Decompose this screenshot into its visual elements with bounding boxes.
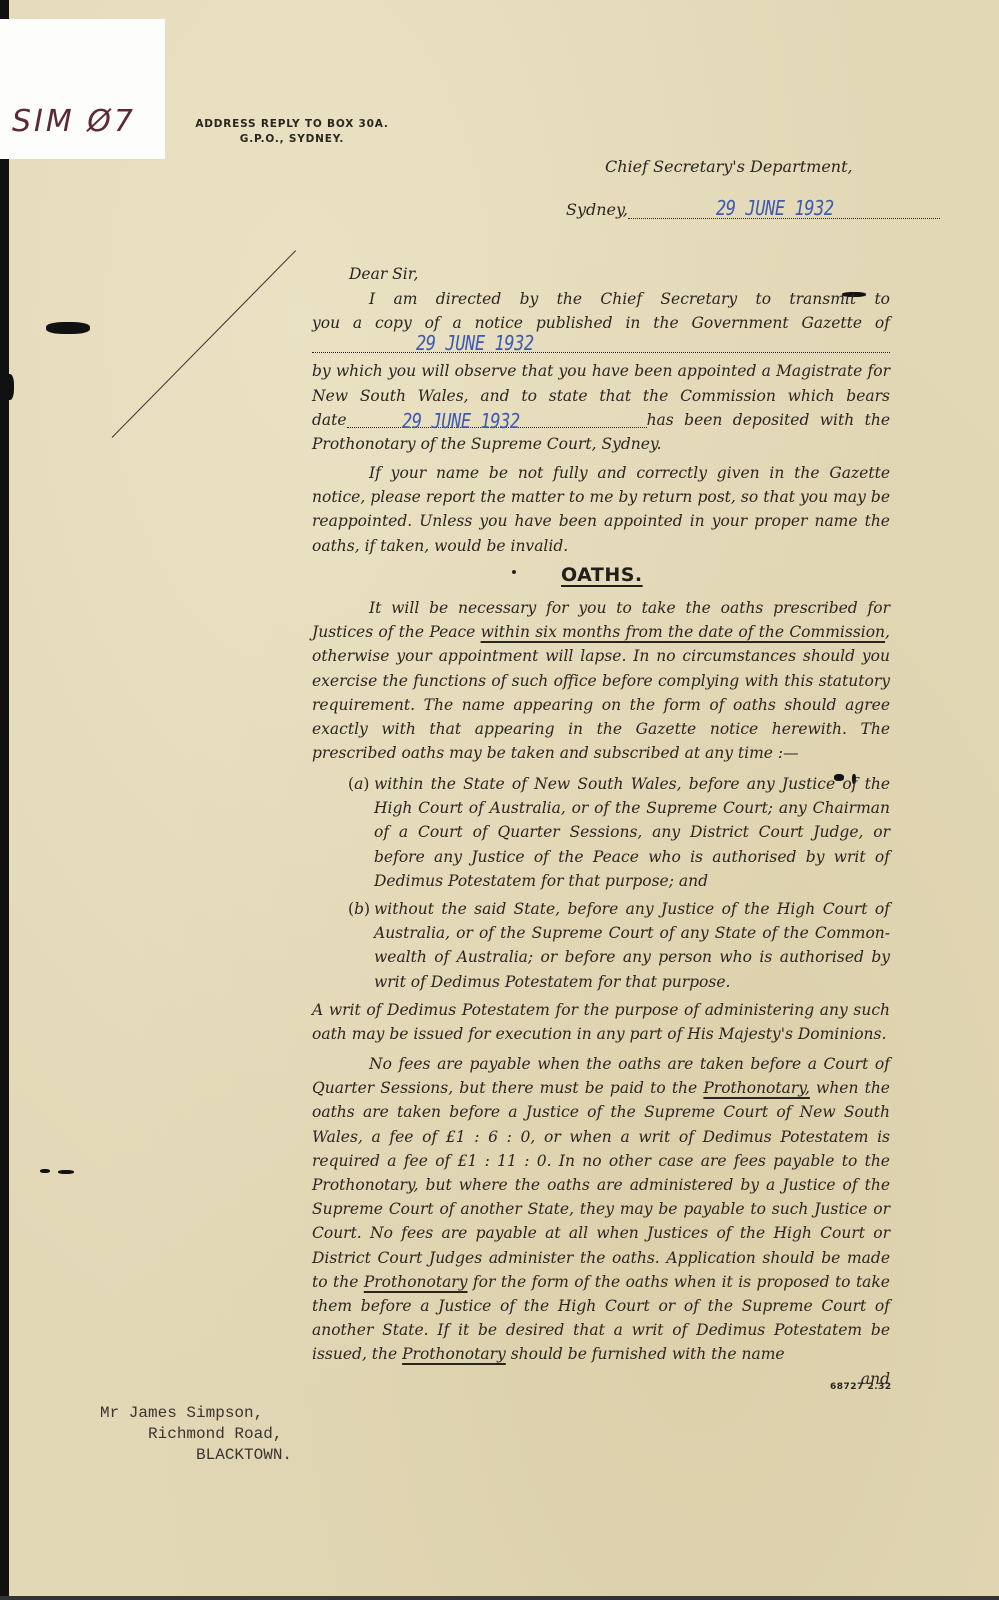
- para5-underlined-1: Prothonotary,: [703, 1079, 810, 1097]
- address-reply: ADDRESS REPLY TO BOX 30A. G.P.O., SYDNEY…: [172, 117, 412, 147]
- para4-text: A writ of Dedimus Potestatem for the pur…: [312, 998, 890, 1046]
- bullet-dot: [512, 570, 516, 574]
- department-name: Chief Secretary's Department,: [605, 157, 853, 176]
- para5-seg-2: when the oaths are taken before a Justic…: [312, 1079, 890, 1291]
- commission-date-stamp: 29 JUNE 1932: [402, 409, 520, 433]
- paragraph-3: It will be necessary for you to take the…: [312, 596, 890, 765]
- date-label: date: [312, 408, 347, 432]
- list-item-a: (a) within the State of New South Wales,…: [312, 772, 890, 893]
- para5-seg-4: should be furnished with the name: [506, 1345, 785, 1363]
- sticker-code: SIM Ø7: [12, 104, 136, 139]
- scan-bottom-edge: [0, 1596, 999, 1600]
- recipient-address: Mr James Simpson, Richmond Road, BLACKTO…: [100, 1403, 292, 1466]
- para1-line-2: you a copy of a notice published in the …: [312, 311, 890, 335]
- paragraph-4: A writ of Dedimus Potestatem for the pur…: [312, 998, 890, 1046]
- gazette-date-field: 29 JUNE 1932: [312, 335, 890, 359]
- ink-mark: [58, 1170, 74, 1174]
- date-stamp: 29 JUNE 1932: [716, 196, 834, 220]
- dateline: Sydney, 29 JUNE 1932: [566, 200, 940, 219]
- para1-line-1: I am directed by the Chief Secretary to …: [312, 287, 890, 311]
- gazette-date-line: [312, 335, 890, 353]
- ink-mark: [40, 1169, 50, 1173]
- list-text-a: within the State of New South Wales, bef…: [374, 775, 890, 890]
- commission-date-line: 29 JUNE 1932: [347, 411, 647, 428]
- date-fill-line: 29 JUNE 1932: [628, 200, 940, 219]
- form-number: 68727 2.32: [830, 1382, 892, 1392]
- para1-line-3: by which you will observe that you have …: [312, 359, 890, 407]
- para5-underlined-2: Prothonotary: [364, 1273, 468, 1291]
- para2-text: If your name be not fully and correctly …: [312, 461, 890, 558]
- oaths-heading: OATHS.: [561, 564, 643, 586]
- catalog-sticker: SIM Ø7: [0, 19, 165, 159]
- paragraph-1: I am directed by the Chief Secretary to …: [312, 287, 890, 456]
- address-reply-line-2: G.P.O., SYDNEY.: [172, 132, 412, 147]
- paragraph-5: No fees are payable when the oaths are t…: [312, 1052, 890, 1391]
- recipient-town: BLACKTOWN.: [100, 1445, 292, 1466]
- para3-underlined: within six months from the date of the C…: [481, 623, 885, 641]
- para3-text: It will be necessary for you to take the…: [312, 596, 890, 765]
- ink-blot: [4, 374, 14, 400]
- list-text-b: without the said State, before any Justi…: [374, 900, 890, 991]
- conditions-list: (a) within the State of New South Wales,…: [312, 772, 890, 994]
- para3-after: , otherwise your appointment will lapse.…: [312, 623, 890, 762]
- continued-word: and: [312, 1367, 890, 1391]
- para1-line-4: has been deposited with the: [647, 408, 890, 432]
- para5-text: No fees are payable when the oaths are t…: [312, 1052, 890, 1367]
- scan-left-edge: [0, 0, 9, 1600]
- list-marker-b: (b): [348, 897, 370, 921]
- salutation: Dear Sir,: [349, 262, 549, 286]
- gazette-date-stamp: 29 JUNE 1932: [416, 331, 534, 355]
- ink-blot: [46, 322, 90, 334]
- list-item-b: (b) without the said State, before any J…: [312, 897, 890, 994]
- paragraph-2: If your name be not fully and correctly …: [312, 461, 890, 558]
- list-marker-a: (a): [348, 772, 369, 796]
- place-label: Sydney,: [566, 200, 628, 219]
- address-reply-line-1: ADDRESS REPLY TO BOX 30A.: [172, 117, 412, 132]
- recipient-street: Richmond Road,: [100, 1424, 292, 1445]
- para1-line-5: Prothonotary of the Supreme Court, Sydne…: [312, 432, 890, 456]
- recipient-name: Mr James Simpson,: [100, 1403, 292, 1424]
- commission-date-row: date 29 JUNE 1932 has been deposited wit…: [312, 408, 890, 432]
- para5-underlined-3: Prothonotary: [402, 1345, 506, 1363]
